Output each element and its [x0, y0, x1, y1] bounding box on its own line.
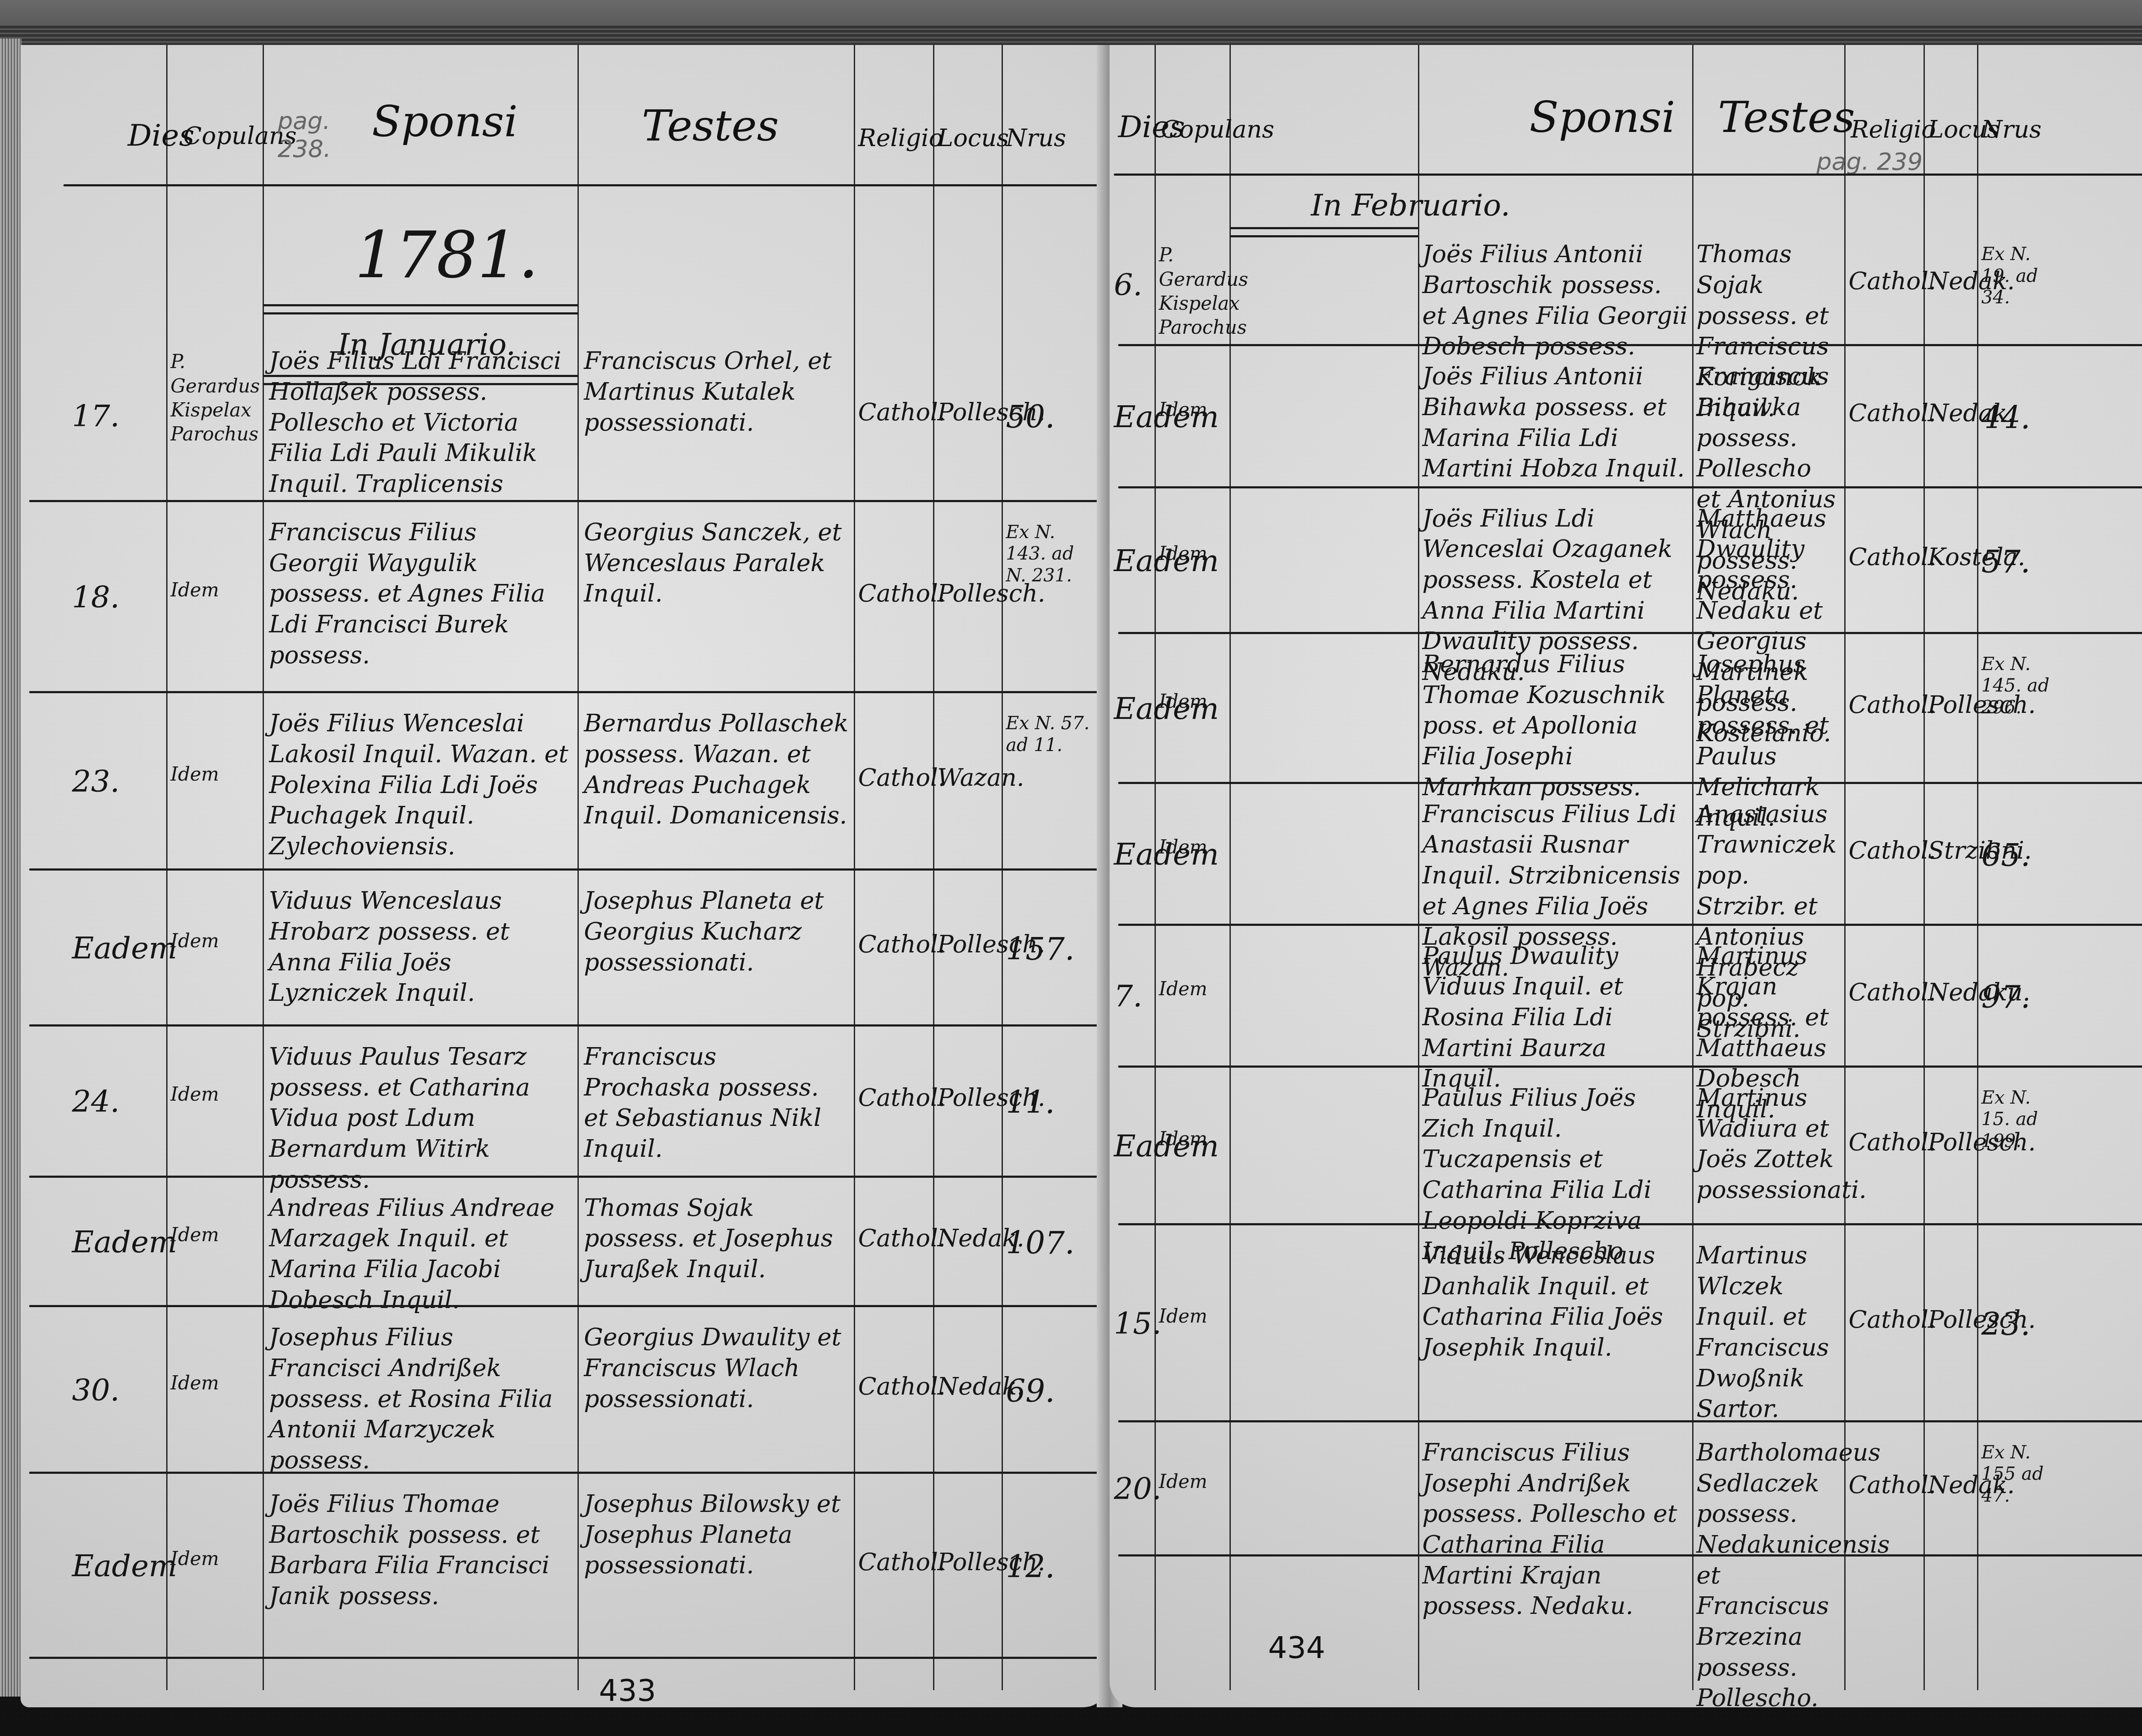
entry-religio: Cathol.	[858, 578, 931, 609]
entry-copulans: Idem	[171, 1371, 260, 1395]
entry-religio: Cathol.	[1849, 977, 1921, 1008]
entry-religio: Cathol.	[858, 1547, 931, 1578]
entry-religio: Cathol.	[1849, 398, 1921, 429]
entry-copulans: P. Gerardus Kispelax Parochus	[171, 350, 260, 446]
header-nrus: Nrus	[1006, 124, 1066, 152]
entry-day: 17.	[72, 397, 162, 436]
entry-locus: Wazan.	[937, 763, 1002, 793]
header-religio: Religio	[1851, 116, 1936, 144]
entry-number: 65.	[1981, 835, 2058, 875]
entry-day: Eadem	[72, 1223, 162, 1262]
entry-locus: Nedak.	[937, 1223, 1002, 1254]
entry-religio: Cathol.	[858, 1083, 931, 1113]
entry-testes: Martinus Wadiura et Joës Zottek possessi…	[1696, 1083, 1842, 1206]
entry-copulans: Idem	[1159, 1305, 1230, 1329]
entry-number: 50.	[1006, 397, 1092, 437]
entry-copulans: P. Gerardus Kispelax Parochus	[1159, 243, 1230, 340]
entry-number: 97.	[1981, 977, 2058, 1017]
entry-number: 157.	[1006, 929, 1092, 969]
header-copulans: Copulans	[1161, 116, 1274, 144]
entry-day: Eadem	[1114, 398, 1155, 437]
entry-religio: Cathol.	[1849, 835, 1921, 866]
entry-day: Eadem	[1114, 542, 1155, 581]
entry-copulans: Idem	[171, 1223, 260, 1247]
entry-testes: Bernardus Pollaschek possess. Wazan. et …	[584, 708, 850, 831]
entry-sponsi: Joës Filius Wenceslai Lakosil Inquil. Wa…	[269, 708, 573, 862]
entry-testes: Martinus Wlczek Inquil. et Franciscus Dw…	[1696, 1240, 1842, 1425]
entry-copulans: Idem	[171, 1547, 260, 1571]
right-page: Dies Copulans Sponsi Testes Religio Locu…	[1110, 45, 2142, 1707]
entry-religio: Cathol.	[1849, 266, 1921, 297]
year-heading: 1781.	[355, 214, 538, 296]
entry-locus: Kostela.	[1928, 542, 1977, 573]
entry-sponsi: Franciscus Filius Georgii Waygulik posse…	[269, 517, 573, 670]
entry-religio: Cathol.	[1849, 690, 1921, 721]
entry-day: 23.	[72, 763, 162, 801]
entry-day: Eadem	[72, 1547, 162, 1586]
entry-number: 23.	[1981, 1305, 2058, 1344]
entry-testes: Franciscus Orhel, et Martinus Kutalek po…	[584, 346, 850, 438]
entry-sponsi: Viduus Wenceslaus Hrobarz possess. et An…	[269, 886, 573, 1009]
entry-sponsi: Franciscus Filius Josephi Andrißek posse…	[1422, 1437, 1688, 1622]
entry-religio: Cathol.	[1849, 1305, 1921, 1335]
entry-copulans: Idem	[1159, 542, 1230, 566]
entry-copulans: Idem	[1159, 398, 1230, 422]
entry-locus: Pollesch.	[937, 929, 1002, 960]
entry-locus: Strzibni.	[1928, 835, 1977, 866]
pencil-page-ref: pag. 238.	[278, 107, 338, 163]
entry-day: 15.	[1114, 1305, 1155, 1343]
entry-copulans: Idem	[1159, 1470, 1230, 1494]
entry-sponsi: Bernardus Filius Thomae Kozuschnik poss.…	[1422, 649, 1688, 802]
entry-locus: Nedak.	[1928, 266, 1977, 297]
entry-testes: Franciscus Prochaska possess. et Sebasti…	[584, 1042, 850, 1164]
entry-number: 69.	[1006, 1371, 1092, 1411]
entry-number: 57.	[1981, 542, 2058, 581]
entry-locus: Nedaku.	[1928, 977, 1977, 1008]
entry-number: Ex N. 19. ad 34.	[1981, 243, 2058, 308]
entry-religio: Cathol.	[858, 763, 931, 793]
entry-religio: Cathol.	[858, 1371, 931, 1402]
entry-day: 18.	[72, 578, 162, 617]
entry-sponsi: Paulus Filius Joës Zich Inquil. Tuczapen…	[1422, 1083, 1688, 1267]
entry-religio: Cathol.	[858, 929, 931, 960]
entry-sponsi: Viduus Wenceslaus Danhalik Inquil. et Ca…	[1422, 1240, 1688, 1363]
entry-day: Eadem	[1114, 1127, 1155, 1166]
entry-number: Ex N. 15. ad 199.	[1981, 1087, 2058, 1152]
entry-sponsi: Paulus Dwaulity Viduus Inquil. et Rosina…	[1422, 941, 1688, 1094]
entry-testes: Josephus Bilowsky et Josephus Planeta po…	[584, 1489, 850, 1581]
entry-copulans: Idem	[1159, 835, 1230, 859]
header-testes: Testes	[642, 101, 779, 151]
header-nrus: Nrus	[1981, 116, 2042, 144]
header-sponsi: Sponsi	[372, 96, 518, 147]
header-sponsi: Sponsi	[1529, 92, 1675, 142]
entry-religio: Cathol.	[858, 1223, 931, 1254]
entry-sponsi: Joës Filius Thomae Bartoschik possess. e…	[269, 1489, 573, 1612]
entry-copulans: Idem	[171, 578, 260, 602]
entry-testes: Georgius Sanczek, et Wenceslaus Paralek …	[584, 517, 850, 609]
entry-religio: Cathol.	[1849, 542, 1921, 573]
folio-number-left: 433	[599, 1673, 656, 1708]
entry-number: Ex N. 145. ad 296.	[1981, 653, 2058, 718]
entry-number: 44.	[1981, 398, 2058, 437]
entry-testes: Bartholomaeus Sedlaczek possess. Nedakun…	[1696, 1437, 1842, 1714]
entry-day: 24.	[72, 1083, 162, 1121]
entry-number: Ex N. 143. ad N. 231.	[1006, 521, 1092, 586]
entry-locus: Nedak.	[937, 1371, 1002, 1402]
entry-number: Ex N. 57. ad 11.	[1006, 712, 1092, 756]
entry-day: 30.	[72, 1371, 162, 1410]
entry-day: Eadem	[72, 929, 162, 968]
header-religio: Religio	[858, 124, 943, 152]
entry-number: 107.	[1006, 1223, 1092, 1263]
entry-testes: Georgius Dwaulity et Franciscus Wlach po…	[584, 1322, 850, 1414]
entry-sponsi: Andreas Filius Andreae Marzagek Inquil. …	[269, 1193, 573, 1316]
entry-day: Eadem	[1114, 690, 1155, 728]
entry-copulans: Idem	[1159, 1127, 1230, 1151]
entry-locus: Pollesch.	[1928, 690, 1977, 721]
entry-locus: Pollesch.	[937, 1083, 1002, 1113]
entry-locus: Pollesch.	[1928, 1127, 1977, 1158]
entry-sponsi: Joës Filius Ldi Francisci Hollaßek posse…	[269, 346, 573, 499]
left-page: Dies Copulans Sponsi Testes Religio Locu…	[21, 45, 1109, 1707]
entry-locus: Nedak.	[1928, 1470, 1977, 1501]
entry-sponsi: Joës Filius Antonii Bihawka possess. et …	[1422, 361, 1688, 484]
entry-sponsi: Josephus Filius Francisci Andrißek posse…	[269, 1322, 573, 1476]
entry-locus: Nedak.	[1928, 398, 1977, 429]
entry-number: 11.	[1006, 1083, 1092, 1122]
entry-locus: Pollesch.	[1928, 1305, 1977, 1335]
entry-copulans: Idem	[171, 763, 260, 787]
month-heading-february: In Februario.	[1311, 186, 1510, 225]
pencil-page-ref: pag. 239	[1816, 148, 1923, 176]
entry-sponsi: Joës Filius Antonii Bartoschik possess. …	[1422, 239, 1688, 362]
entry-religio: Cathol.	[1849, 1470, 1921, 1501]
entry-number: Ex N. 155 ad 47.	[1981, 1442, 2058, 1506]
header-locus: Locus	[937, 124, 1009, 152]
entry-locus: Pollesch.	[937, 397, 1002, 428]
entry-copulans: Idem	[1159, 977, 1230, 1001]
entry-sponsi: Viduus Paulus Tesarz possess. et Cathari…	[269, 1042, 573, 1195]
entry-copulans: Idem	[171, 1083, 260, 1107]
entry-day: Eadem	[1114, 835, 1155, 874]
page-edges-left	[0, 39, 21, 1697]
entry-day: 7.	[1114, 977, 1155, 1016]
entry-religio: Cathol.	[1849, 1127, 1921, 1158]
header-testes: Testes	[1718, 92, 1855, 142]
entry-copulans: Idem	[1159, 690, 1230, 714]
entry-testes: Josephus Planeta et Georgius Kucharz pos…	[584, 886, 850, 978]
entry-testes: Thomas Sojak possess. et Josephus Juraße…	[584, 1193, 850, 1285]
folio-number-right: 434	[1268, 1630, 1325, 1665]
entry-number: 12.	[1006, 1547, 1092, 1586]
entry-copulans: Idem	[171, 929, 260, 953]
entry-locus: Pollesch.	[937, 1547, 1002, 1578]
entry-locus: Pollesch.	[937, 578, 1002, 609]
entry-day: 6.	[1114, 266, 1155, 305]
entry-day: 20.	[1114, 1470, 1155, 1509]
entry-religio: Cathol.	[858, 397, 931, 428]
